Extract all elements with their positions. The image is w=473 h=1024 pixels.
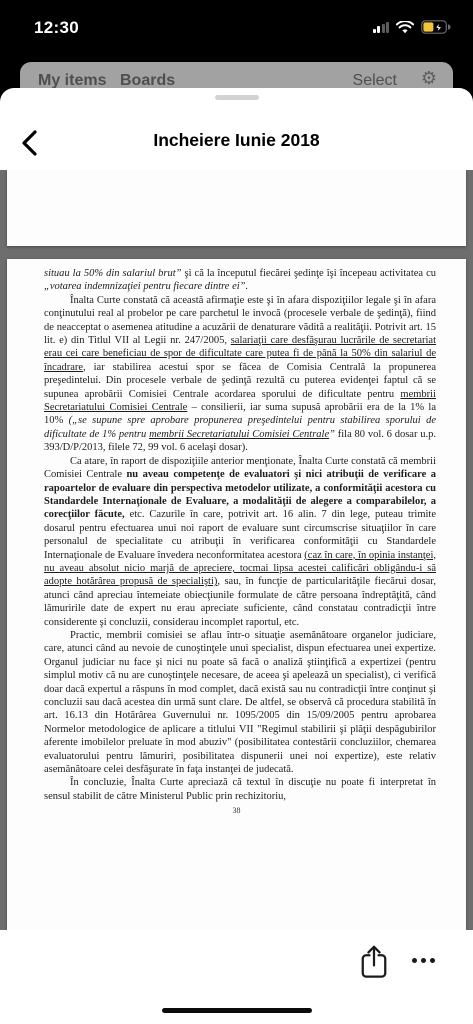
more-button ellipsis-icon[interactable]	[406, 952, 440, 968]
background-app-header[interactable]: My items Boards Select ⚙	[20, 62, 453, 89]
document-page: situau la 50% din salariul brut” şi că l…	[7, 259, 466, 930]
share-button share-up-arrow-icon[interactable]	[358, 944, 390, 980]
page-text: situau la 50% din salariul brut” şi că l…	[7, 259, 466, 803]
status-bar: 12:30	[0, 0, 473, 54]
sheet-grabber[interactable]	[215, 95, 259, 100]
paragraph: Practic, membrii comisiei se aflau într-…	[44, 629, 436, 776]
background-app-row: My items Boards Select ⚙	[20, 72, 453, 89]
paragraph: În concluzie, Înalta Curte apreciază că …	[44, 776, 436, 803]
previous-page-bottom	[7, 170, 466, 246]
background-select-button: Select	[353, 72, 397, 89]
status-icons	[373, 20, 452, 34]
cellular-signal-icon	[373, 22, 390, 33]
document-viewer[interactable]: situau la 50% din salariul brut” şi că l…	[0, 170, 473, 930]
home-indicator[interactable]	[162, 1008, 312, 1013]
paragraph: situau la 50% din salariul brut” şi că l…	[44, 267, 436, 294]
background-tab-my-items: My items	[38, 72, 106, 89]
page-title: Incheiere Iunie 2018	[0, 130, 473, 151]
page-number: 38	[7, 806, 466, 815]
paragraph: Ca atare, în raport de dispoziţiile ante…	[44, 455, 436, 629]
phone-screen: 12:30 My items Boards	[0, 0, 473, 1024]
wifi-icon	[396, 21, 414, 34]
background-tab-boards: Boards	[120, 72, 175, 89]
document-sheet: Incheiere Iunie 2018 situau la 50% din s…	[0, 88, 473, 1024]
battery-charging-icon	[421, 20, 451, 34]
gear-icon: ⚙	[421, 68, 437, 89]
nav-bar: Incheiere Iunie 2018	[0, 122, 473, 164]
paragraph: Înalta Curte constată că această afirmaţ…	[44, 294, 436, 455]
clock: 12:30	[34, 18, 79, 38]
